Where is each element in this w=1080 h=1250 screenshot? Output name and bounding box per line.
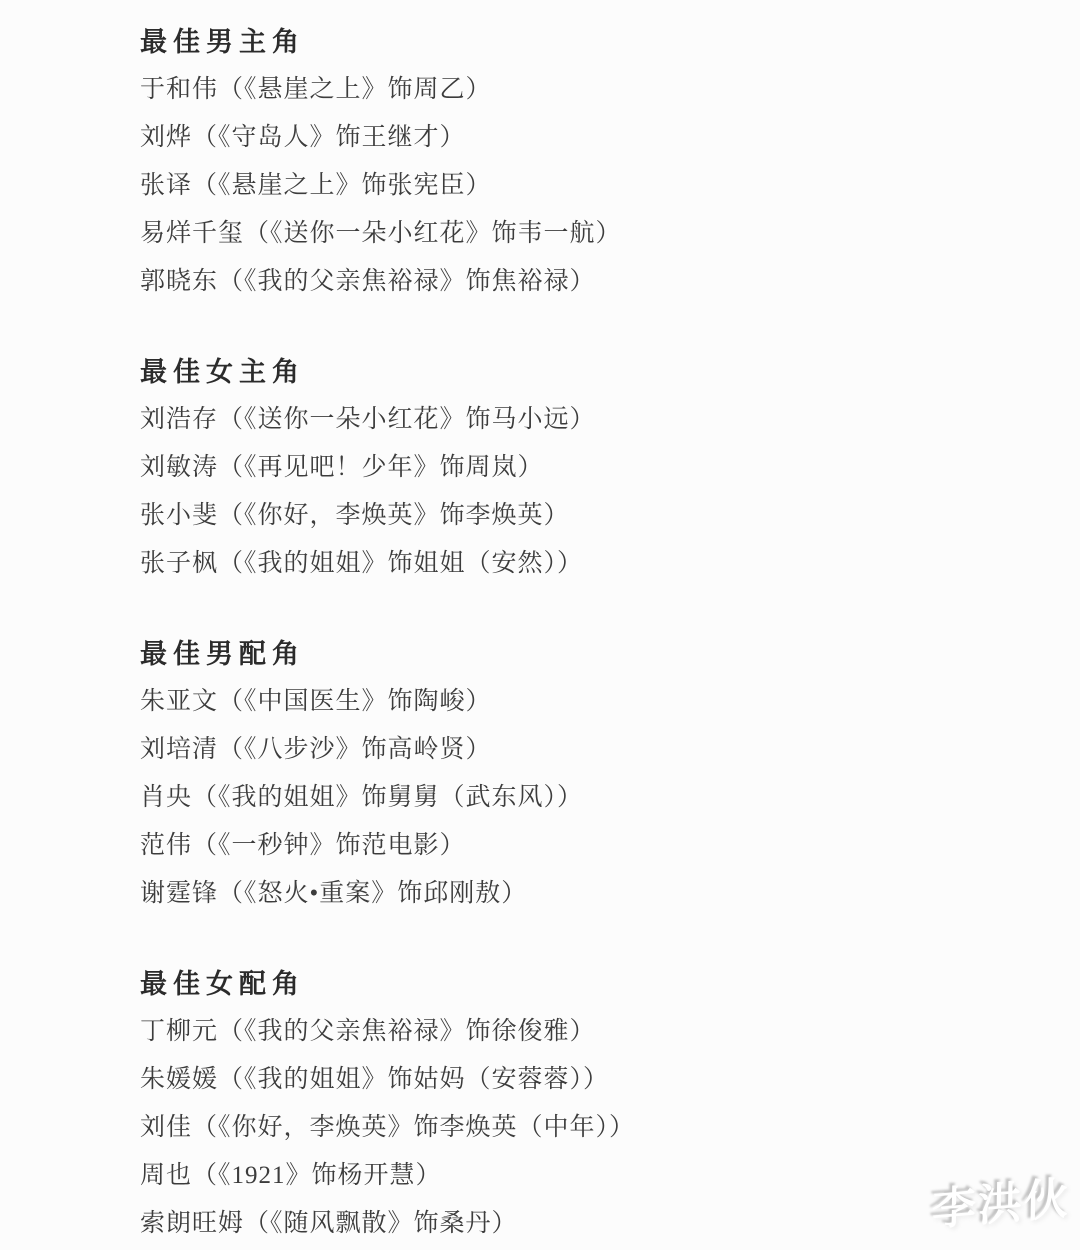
nominee-line: 刘浩存（《送你一朵小红花》饰马小远）: [140, 396, 1040, 444]
nominee-line: 刘培清（《八步沙》饰高岭贤）: [140, 726, 1040, 774]
nominee-line: 索朗旺姆（《随风飘散》饰桑丹）: [140, 1200, 1040, 1248]
nominee-line: 周也（《1921》饰杨开慧）: [140, 1152, 1040, 1200]
nominee-line: 肖央（《我的姐姐》饰舅舅（武东风））: [140, 774, 1040, 822]
nominee-line: 易烊千玺（《送你一朵小红花》饰韦一航）: [140, 210, 1040, 258]
nominee-line: 朱亚文（《中国医生》饰陶峻）: [140, 678, 1040, 726]
nominee-line: 刘烨（《守岛人》饰王继才）: [140, 114, 1040, 162]
document-page: 最佳男主角 于和伟（《悬崖之上》饰周乙） 刘烨（《守岛人》饰王继才） 张译（《悬…: [0, 0, 1080, 1250]
nominee-line: 丁柳元（《我的父亲焦裕禄》饰徐俊雅）: [140, 1008, 1040, 1056]
award-section-best-actress: 最佳女主角 刘浩存（《送你一朵小红花》饰马小远） 刘敏涛（《再见吧！少年》饰周岚…: [140, 348, 1040, 588]
award-section-best-actor: 最佳男主角 于和伟（《悬崖之上》饰周乙） 刘烨（《守岛人》饰王继才） 张译（《悬…: [140, 18, 1040, 306]
award-section-best-supporting-actress: 最佳女配角 丁柳元（《我的父亲焦裕禄》饰徐俊雅） 朱媛媛（《我的姐姐》饰姑妈（安…: [140, 960, 1040, 1248]
nominee-line: 张小斐（《你好，李焕英》饰李焕英）: [140, 492, 1040, 540]
nominee-line: 于和伟（《悬崖之上》饰周乙）: [140, 66, 1040, 114]
section-title-best-actress: 最佳女主角: [140, 348, 1040, 396]
nominee-line: 郭晓东（《我的父亲焦裕禄》饰焦裕禄）: [140, 258, 1040, 306]
nominee-line: 朱媛媛（《我的姐姐》饰姑妈（安蓉蓉））: [140, 1056, 1040, 1104]
nominee-line: 张译（《悬崖之上》饰张宪臣）: [140, 162, 1040, 210]
nominee-line: 范伟（《一秒钟》饰范电影）: [140, 822, 1040, 870]
nominee-line: 刘佳（《你好，李焕英》饰李焕英（中年））: [140, 1104, 1040, 1152]
section-title-best-supporting-actress: 最佳女配角: [140, 960, 1040, 1008]
award-section-best-supporting-actor: 最佳男配角 朱亚文（《中国医生》饰陶峻） 刘培清（《八步沙》饰高岭贤） 肖央（《…: [140, 630, 1040, 918]
nominee-line: 谢霆锋（《怒火•重案》饰邱刚敖）: [140, 870, 1040, 918]
section-title-best-actor: 最佳男主角: [140, 18, 1040, 66]
section-title-best-supporting-actor: 最佳男配角: [140, 630, 1040, 678]
nominee-line: 刘敏涛（《再见吧！少年》饰周岚）: [140, 444, 1040, 492]
nominee-line: 张子枫（《我的姐姐》饰姐姐（安然））: [140, 540, 1040, 588]
